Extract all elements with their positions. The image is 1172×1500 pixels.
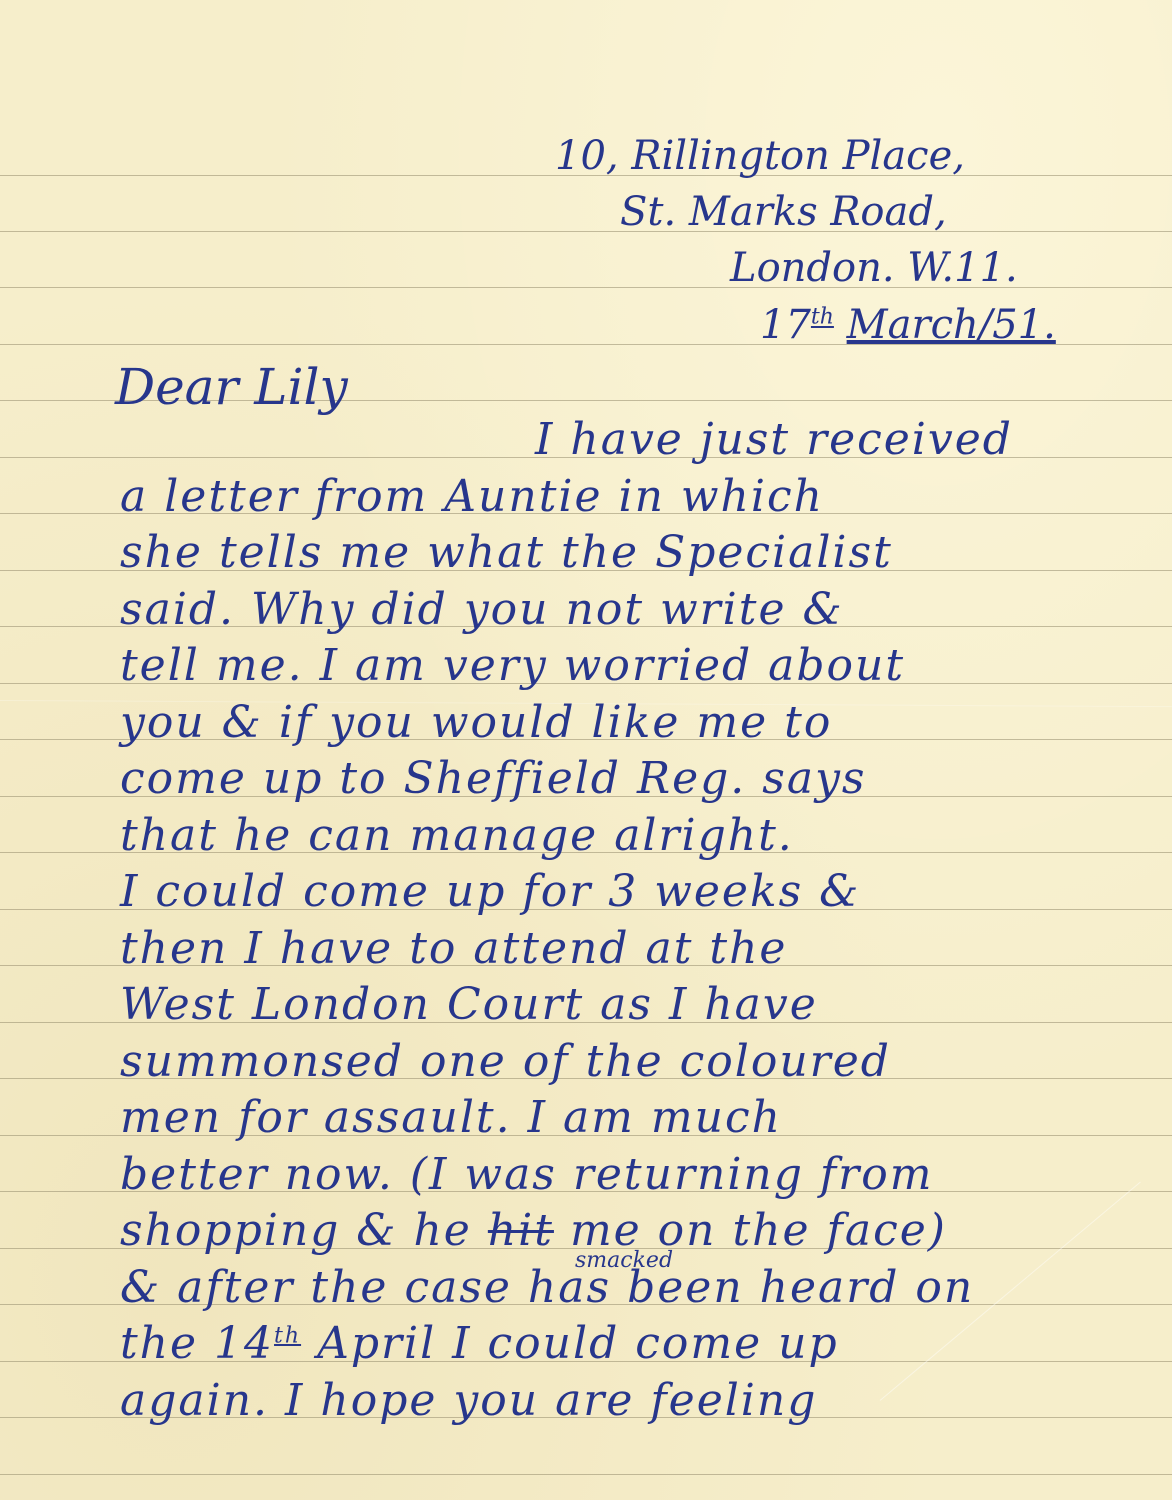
body-line: I have just received <box>535 418 1013 462</box>
body-line-with-correction: shopping & he hit me on the face) <box>120 1209 947 1253</box>
body-line: again. I hope you are feeling <box>120 1379 817 1423</box>
salutation: Dear Lily <box>115 362 348 412</box>
letter-date: 17th March/51. <box>760 305 1056 345</box>
body-line: I could come up for 3 weeks & <box>120 870 860 914</box>
ruled-line <box>0 1474 1172 1475</box>
body-line: summonsed one of the coloured <box>120 1040 891 1084</box>
body-line: & after the case has been heard on <box>120 1266 974 1310</box>
address-line-2: St. Marks Road, <box>620 192 947 232</box>
body-line-with-date: the 14th April I could come up <box>120 1322 839 1366</box>
body-line: she tells me what the Specialist <box>120 531 893 575</box>
date-day: 17 <box>760 302 811 348</box>
body-line: said. Why did you not write & <box>120 588 844 632</box>
body-line: then I have to attend at the <box>120 927 787 971</box>
body-line-end: April I could come up <box>317 1318 839 1369</box>
body-line: you & if you would like me to <box>120 701 832 745</box>
letter-page: 10, Rillington Place, St. Marks Road, Lo… <box>0 0 1172 1500</box>
body-line-start: the 14 <box>120 1318 274 1369</box>
address-line-3: London. W.11. <box>730 248 1018 288</box>
body-line-start: shopping & he <box>120 1205 472 1256</box>
ordinal: th <box>274 1323 301 1348</box>
body-line: that he can manage alright. <box>120 814 794 858</box>
struck-word: hit <box>488 1205 554 1256</box>
address-line-1: 10, Rillington Place, <box>555 136 965 176</box>
date-rest: March/51. <box>847 302 1056 348</box>
body-line: men for assault. I am much <box>120 1096 782 1140</box>
ruled-line <box>0 231 1172 232</box>
body-line: tell me. I am very worried about <box>120 644 905 688</box>
body-line: better now. (I was returning from <box>120 1153 933 1197</box>
body-line: West London Court as I have <box>120 983 818 1027</box>
date-ordinal: th <box>811 305 834 330</box>
body-line: a letter from Auntie in which <box>120 475 824 519</box>
body-line: come up to Sheffield Reg. says <box>120 757 867 801</box>
